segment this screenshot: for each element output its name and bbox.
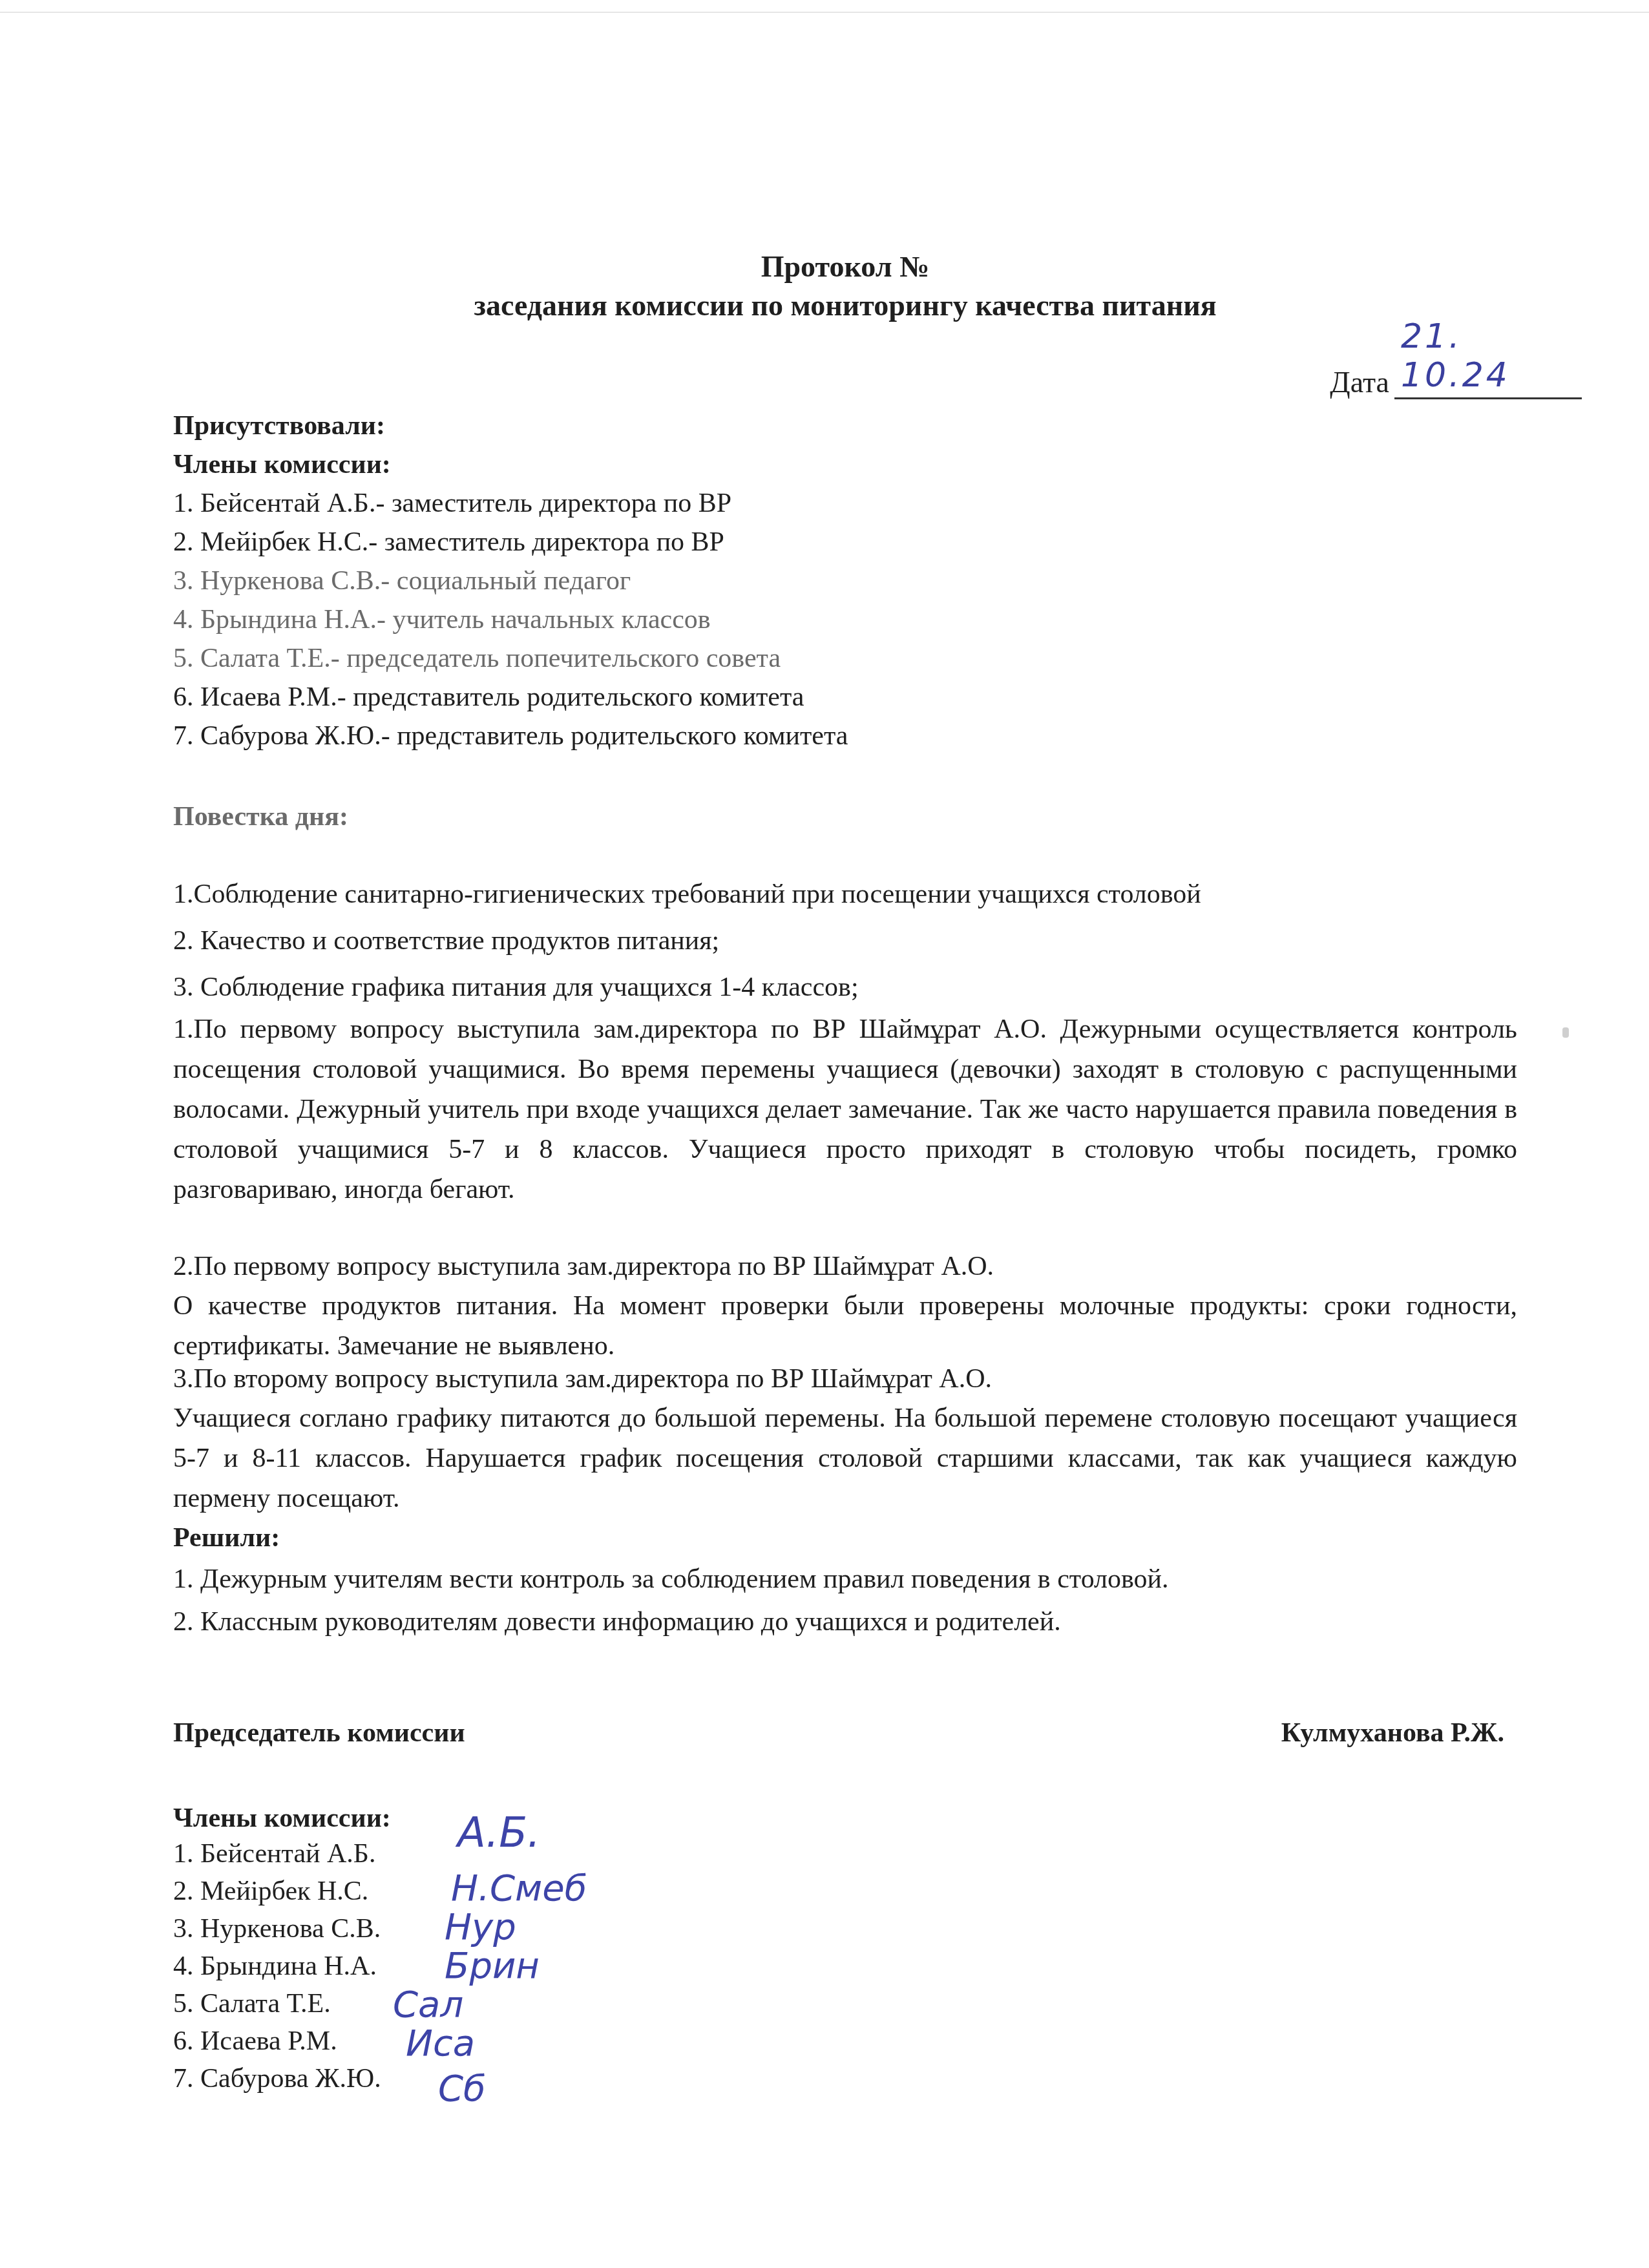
member-line: 5. Салата Т.Е.- председатель попечительс… — [173, 643, 781, 674]
scan-edge-line — [0, 12, 1649, 13]
protocol-subtitle: заседания комиссии по мониторингу качест… — [173, 288, 1517, 322]
discussion-item-1: 1.По первому вопросу выступила зам.дирек… — [173, 1009, 1517, 1210]
member-line: 3. Нуркенова С.В.- социальный педагог — [173, 565, 631, 596]
members-heading: Члены комиссии: — [173, 449, 391, 480]
signature-member: 7. Сабурова Ж.Ю. — [173, 2063, 381, 2094]
member-line: 4. Брындина Н.А.- учитель начальных клас… — [173, 604, 711, 635]
signature-members-heading: Члены комиссии: — [173, 1803, 391, 1834]
signature-member: 3. Нуркенова С.В. — [173, 1913, 381, 1944]
handwritten-signature: А.Б. — [457, 1809, 540, 1857]
member-line: 2. Мейірбек Н.С.- заместитель директора … — [173, 527, 724, 558]
member-line: 7. Сабурова Ж.Ю.- представитель родитель… — [173, 720, 848, 751]
protocol-title: Протокол № — [173, 249, 1517, 284]
date-label: Дата — [1330, 365, 1389, 399]
discussion-item-3-body: Учащиеся соглано графику питаются до бол… — [173, 1398, 1517, 1518]
present-heading: Присутствовали: — [173, 410, 385, 441]
member-line: 6. Исаева Р.М.- представитель родительск… — [173, 682, 804, 713]
agenda-item: 2. Качество и соответствие продуктов пит… — [173, 925, 719, 956]
discussion-item-3-heading: 3.По второму вопросу выступила зам.дирек… — [173, 1363, 992, 1394]
decision-item: 1. Дежурным учителям вести контроль за с… — [173, 1564, 1169, 1595]
date-underline: 21. 10.24 — [1394, 359, 1582, 399]
signature-member: 2. Мейірбек Н.С. — [173, 1876, 368, 1907]
agenda-heading: Повестка дня: — [173, 801, 348, 832]
chair-signature-row: Председатель комиссии Кулмуханова Р.Ж. — [173, 1717, 1504, 1748]
signature-member: 5. Салата Т.Е. — [173, 1988, 331, 2019]
signature-member: 1. Бейсентай А.Б. — [173, 1838, 375, 1869]
scan-artifact — [1562, 1027, 1569, 1038]
member-line: 1. Бейсентай А.Б.- заместитель директора… — [173, 488, 731, 519]
handwritten-signature: Нур — [445, 1906, 516, 1948]
decision-item: 2. Классным руководителям довести информ… — [173, 1606, 1061, 1637]
handwritten-signature: Брин — [445, 1945, 540, 1987]
agenda-item: 3. Соблюдение графика питания для учащих… — [173, 972, 859, 1003]
handwritten-signature: Сал — [393, 1984, 463, 2026]
chair-name: Кулмуханова Р.Ж. — [1281, 1717, 1504, 1748]
handwritten-signature: Н.Смеб — [451, 1867, 587, 1909]
handwritten-signature: Сб — [438, 2068, 486, 2110]
discussion-item-2-body: О качестве продуктов питания. На момент … — [173, 1286, 1517, 1366]
handwritten-date: 21. 10.24 — [1401, 317, 1582, 395]
agenda-item: 1.Соблюдение санитарно-гигиенических тре… — [173, 879, 1201, 910]
chair-label: Председатель комиссии — [173, 1717, 465, 1748]
date-field: Дата 21. 10.24 — [1330, 359, 1582, 399]
handwritten-signature: Иса — [406, 2022, 475, 2064]
discussion-item-2-heading: 2.По первому вопросу выступила зам.дирек… — [173, 1251, 994, 1282]
signature-member: 6. Исаева Р.М. — [173, 2026, 337, 2057]
decisions-heading: Решили: — [173, 1522, 280, 1553]
signature-member: 4. Брындина Н.А. — [173, 1951, 377, 1982]
